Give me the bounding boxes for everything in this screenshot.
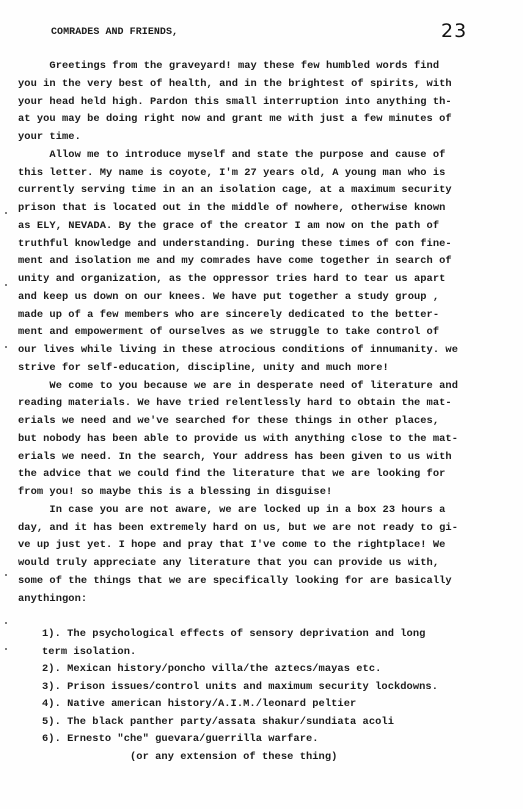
letter-line: day, and it has been extremely hard on u… [18, 522, 458, 534]
letter-line: ment and empowerment of ourselves as we … [18, 326, 439, 338]
margin-mark [5, 574, 7, 576]
letter-line: strive for self-education, discipline, u… [18, 362, 389, 374]
letter-line: you in the very best of health, and in t… [18, 78, 452, 90]
letter-line: your head held high. Pardon this small i… [18, 96, 452, 108]
list-item: 2). Mexican history/poncho villa/the azt… [42, 663, 381, 675]
letter-line: In case you are not aware, we are locked… [18, 504, 445, 516]
letter-line: truthful knowledge and understanding. Du… [18, 238, 452, 250]
letter-line: ve up just yet. I hope and pray that I'v… [18, 539, 445, 551]
letter-line: but nobody has been able to provide us w… [18, 433, 458, 445]
letter-line: Allow me to introduce myself and state t… [18, 149, 445, 161]
list-item: 1). The psychological effects of sensory… [42, 628, 425, 640]
letter-line: from you! so maybe this is a blessing in… [18, 486, 332, 498]
page-number: 23 [441, 20, 467, 42]
letter-line: ment and isolation me and my comrades ha… [18, 255, 452, 267]
list-item: 3). Prison issues/control units and maxi… [42, 681, 438, 693]
list-item: 5). The black panther party/assata shaku… [42, 716, 394, 728]
margin-mark [5, 648, 7, 650]
closing-note: (or any extension of these thing) [42, 751, 337, 763]
letter-line: prison that is located out in the middle… [18, 202, 445, 214]
letter-line: this letter. My name is coyote, I'm 27 y… [18, 167, 445, 179]
letter-line: as ELY, NEVADA. By the grace of the crea… [18, 220, 439, 232]
letter-line: reading materials. We have tried relentl… [18, 397, 452, 409]
letter-line: your time. [18, 131, 81, 143]
letter-line: the advice that we could find the litera… [18, 468, 445, 480]
margin-mark [5, 212, 7, 214]
letter-line: our lives while living in these atrociou… [18, 344, 458, 356]
margin-mark [5, 284, 7, 286]
list-item: 6). Ernesto "che" guevara/guerrilla warf… [42, 733, 319, 745]
letter-heading: COMRADES AND FRIENDS, [51, 27, 178, 38]
letter-line: at you may be doing right now and grant … [18, 113, 452, 125]
letter-line: and keep us down on our knees. We have p… [18, 291, 439, 303]
letter-line: anythingon: [18, 593, 87, 605]
letter-line: erials we need and we've searched for th… [18, 415, 439, 427]
letter-line: We come to you because we are in despera… [18, 380, 458, 392]
letter-line: made up of a few members who are sincere… [18, 309, 439, 321]
list-item: term isolation. [42, 646, 136, 658]
letter-line: Greetings from the graveyard! may these … [18, 60, 439, 72]
letter-line: currently serving time in an an isolatio… [18, 184, 452, 196]
letter-line: some of the things that we are specifica… [18, 575, 452, 587]
margin-mark [5, 346, 7, 348]
margin-mark [5, 622, 7, 624]
letter-page: COMRADES AND FRIENDS, 23 Greetings from … [0, 0, 523, 809]
letter-line: erials we need. In the search, Your addr… [18, 451, 452, 463]
letter-line: would truly appreciate any literature th… [18, 557, 439, 569]
list-item: 4). Native american history/A.I.M./leona… [42, 698, 356, 710]
letter-line: unity and organization, as the oppressor… [18, 273, 445, 285]
